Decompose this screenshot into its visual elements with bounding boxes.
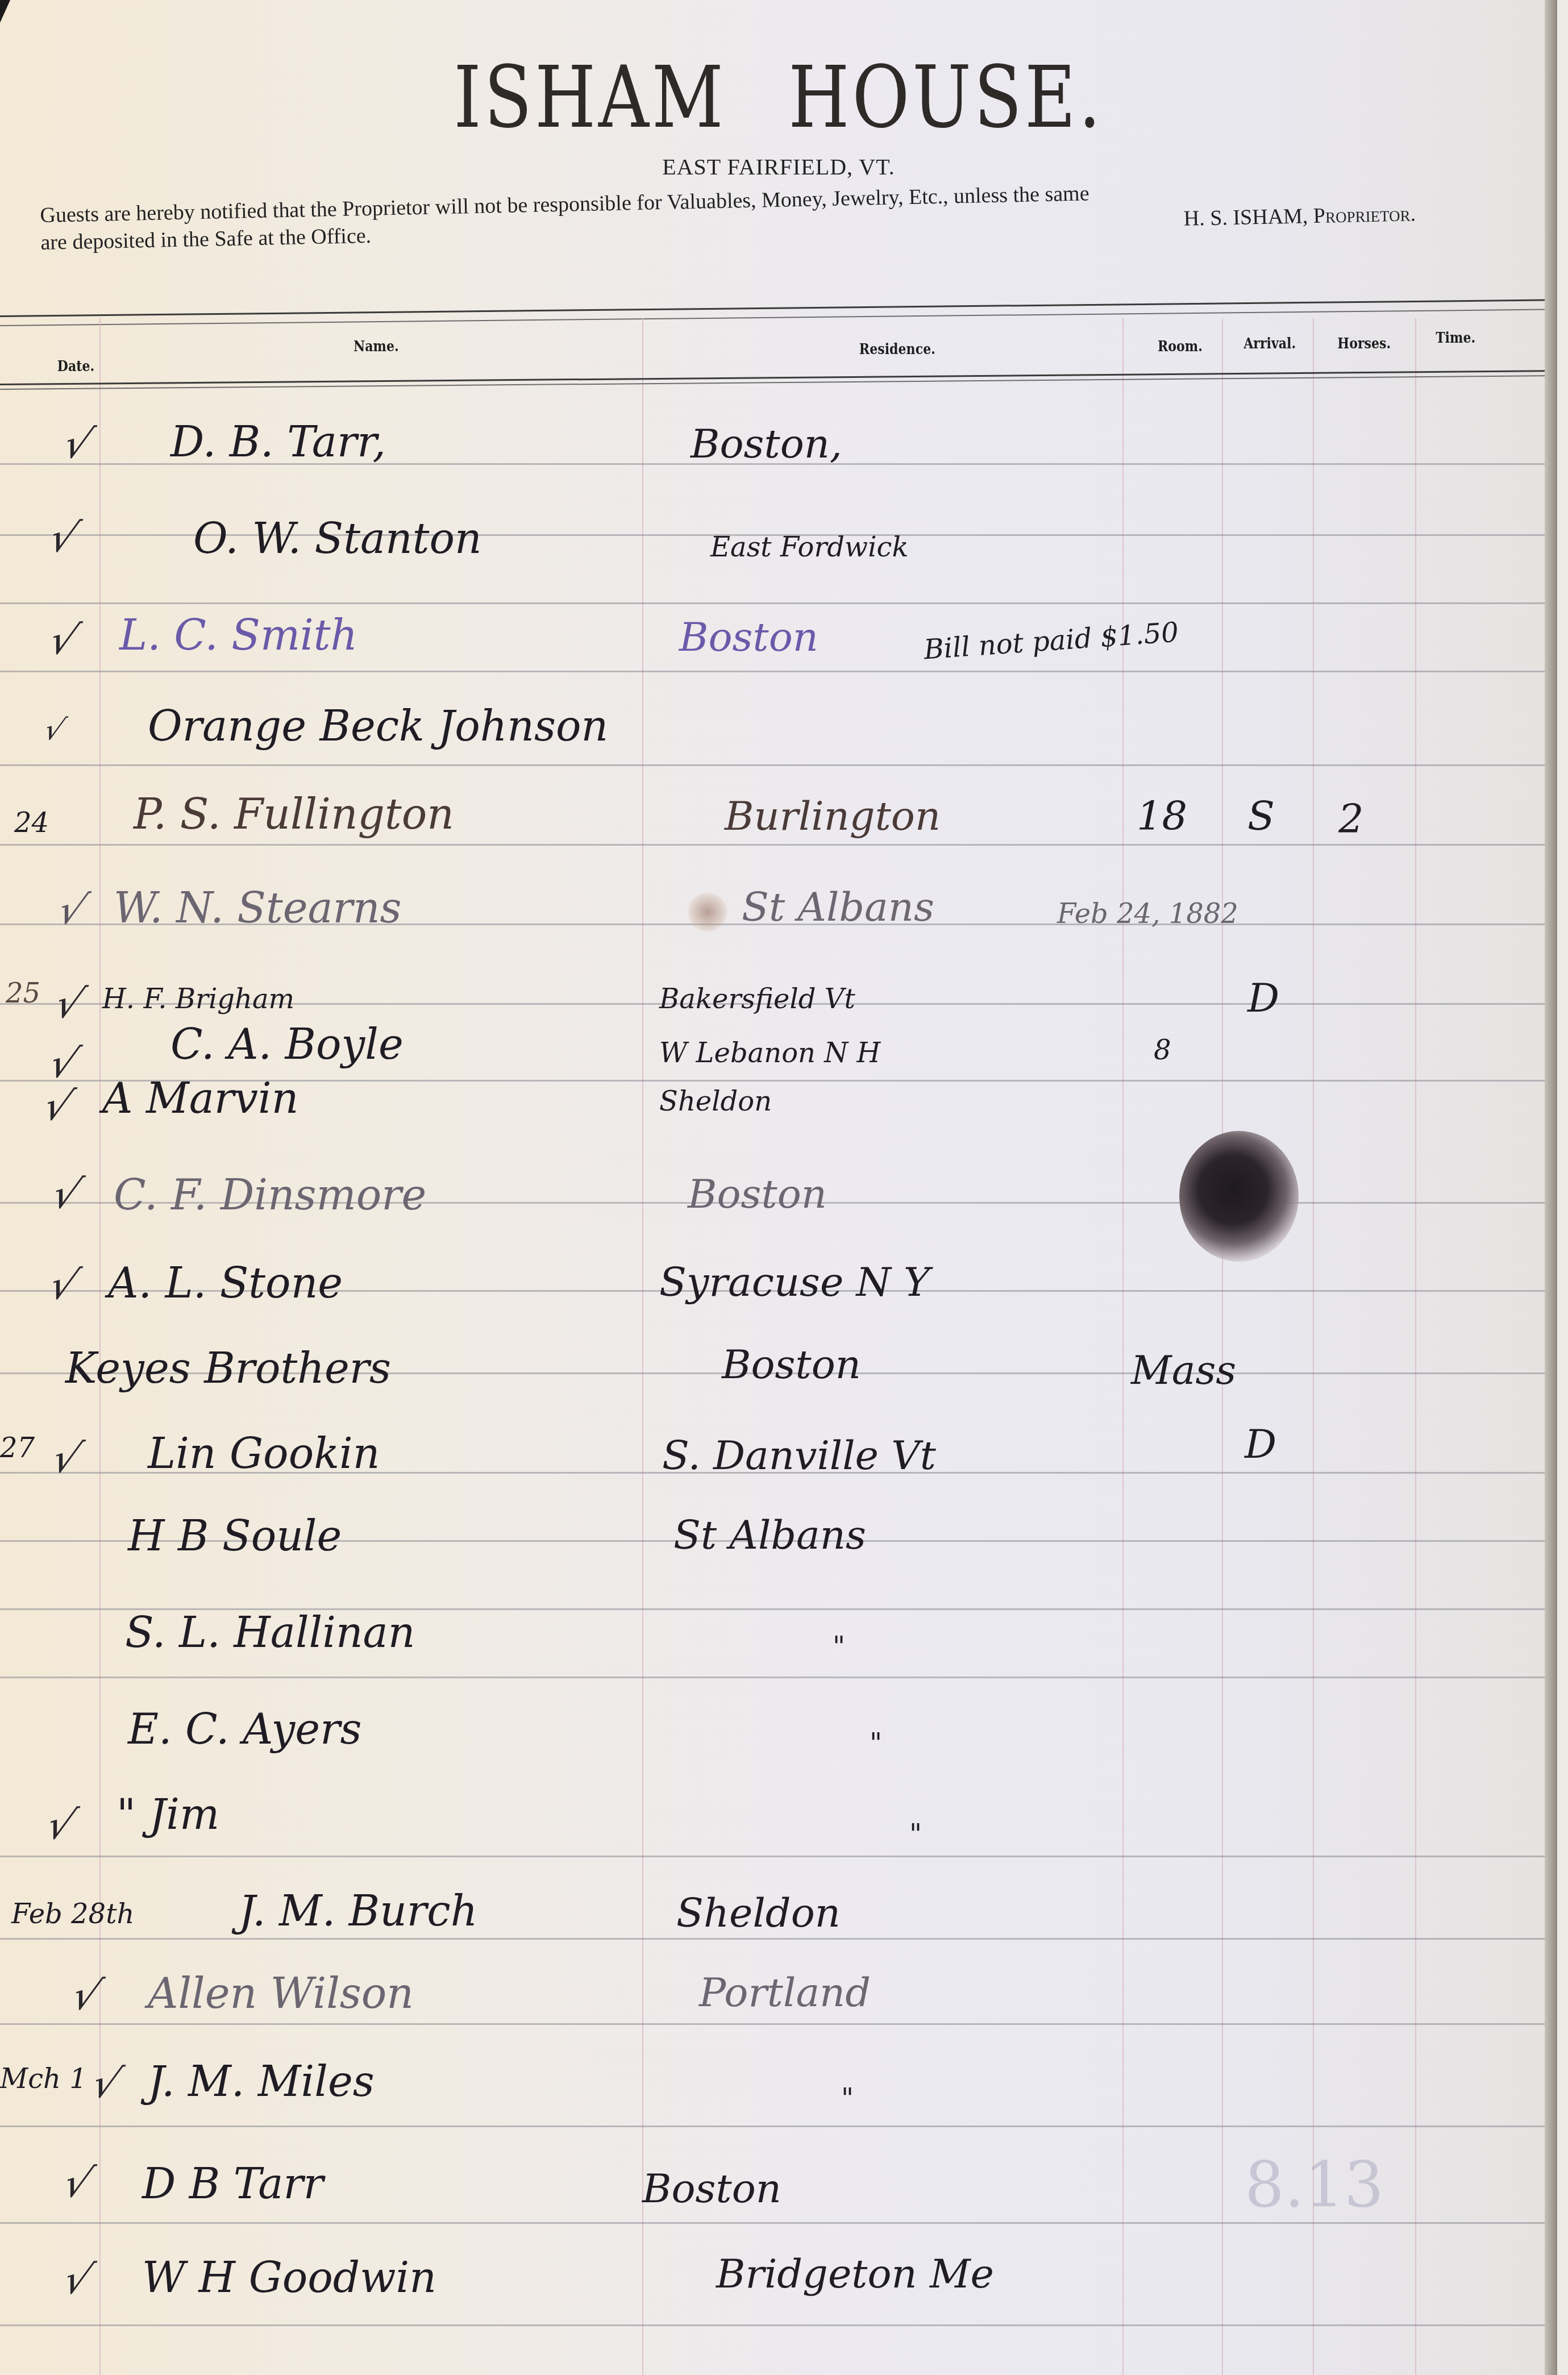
check-mark: √ [37, 1083, 79, 1129]
row-line [0, 1677, 1557, 1678]
guest-residence: Portland [699, 1969, 871, 2016]
column-header-date: Date. [57, 358, 94, 375]
entry-date: 25 [6, 978, 40, 1009]
row-line [0, 2126, 1557, 2127]
guest-name: H B Soule [128, 1512, 342, 1561]
check-mark: √ [39, 713, 69, 746]
proprietor-notice: Guests are hereby notified that the Prop… [40, 171, 1518, 256]
guest-residence: East Fordwick [710, 531, 909, 563]
guest-residence: St Albans [742, 884, 934, 930]
column-divider-name [642, 318, 643, 2375]
column-header-name: Name. [353, 338, 399, 355]
guest-name: A Marvin [102, 1074, 298, 1123]
check-mark: √ [43, 1262, 85, 1308]
check-mark: √ [65, 1972, 107, 2019]
guest-residence: " [870, 1728, 882, 1760]
check-mark: √ [43, 514, 85, 561]
column-header-arrival: Arrival. [1243, 335, 1296, 352]
row-line [0, 844, 1557, 846]
guest-name: C. F. Dinsmore [114, 1171, 426, 1220]
check-mark: √ [85, 2060, 127, 2107]
row-line [0, 1856, 1557, 1857]
check-mark: √ [45, 1171, 88, 1217]
entry-date: Mch 1 [0, 2063, 87, 2095]
guest-residence: Sheldon [676, 1890, 841, 1936]
bill-note: Bill not paid $1.50 [923, 616, 1180, 666]
guest-name: C. A. Boyle [170, 1020, 404, 1069]
header-rule-bottom [0, 370, 1557, 390]
row-line [0, 1938, 1557, 1940]
check-mark: √ [51, 887, 93, 933]
row-line [0, 764, 1557, 766]
horses-count: 2 [1338, 796, 1364, 842]
guest-name: P. S. Fullington [134, 790, 454, 839]
guest-residence: " [833, 1631, 845, 1663]
date-note: Feb 24, 1882 [1057, 898, 1238, 930]
check-mark: √ [57, 2160, 99, 2206]
check-mark: √ [45, 1435, 88, 1482]
page-corner-shadow [0, 0, 10, 23]
entry-date: Feb 28th [11, 1898, 134, 1930]
ledger-page: ISHAM HOUSE. EAST FAIRFIELD, VT. Guests … [0, 0, 1557, 2375]
room-number: 18 [1137, 793, 1187, 839]
column-header-horses: Horses. [1337, 335, 1391, 352]
guest-name: J. M. Burch [239, 1887, 477, 1936]
paper-stain [688, 892, 727, 932]
arrival-mark: D [1245, 1421, 1276, 1467]
guest-residence: Syracuse N Y [659, 1259, 930, 1305]
guest-residence: Bridgeton Me [716, 2251, 994, 2297]
guest-name: J. M. Miles [148, 2057, 375, 2106]
guest-name: A. L. Stone [108, 1259, 343, 1308]
proprietor-signature: H. S. ISHAM, Proprietor. [1183, 200, 1416, 232]
guest-name: " Jim [117, 1790, 219, 1839]
guest-name: Allen Wilson [148, 1969, 414, 2018]
column-header-row: Date. Name. Residence. Room. Arrival. Ho… [0, 335, 1557, 369]
guest-name: Orange Beck Johnson [148, 702, 608, 751]
guest-residence: Boston, [691, 421, 842, 467]
entry-date: 27 [0, 1432, 35, 1464]
header-rule-top [0, 299, 1557, 326]
column-header-time: Time. [1436, 330, 1475, 347]
guest-residence: W Lebanon N H [659, 1037, 880, 1069]
guest-name: W H Goodwin [142, 2253, 436, 2302]
guest-residence: Boston [679, 614, 818, 660]
entry-date: 24 [14, 807, 49, 839]
guest-name: O. W. Stanton [193, 514, 482, 563]
guest-residence: Sheldon [659, 1085, 772, 1117]
guest-name: D. B. Tarr, [170, 418, 386, 467]
guest-name: Lin Gookin [148, 1429, 380, 1478]
ink-blot [1179, 1131, 1299, 1262]
page-title: ISHAM HOUSE. [140, 48, 1417, 147]
room-number: 8 [1154, 1034, 1171, 1066]
guest-residence: Burlington [725, 793, 941, 839]
guest-name: W. N. Stearns [114, 884, 402, 933]
guest-residence: St Albans [673, 1512, 866, 1558]
arrival-mark: S [1247, 793, 1275, 839]
guest-residence: Boston [722, 1341, 861, 1388]
guest-name: D B Tarr [142, 2160, 323, 2208]
book-binding-edge [1545, 0, 1557, 2375]
row-line [0, 2324, 1557, 2326]
row-line [0, 671, 1557, 672]
guest-residence: Bakersfield Vt [659, 983, 855, 1015]
title-word-house: HOUSE. [788, 48, 1103, 147]
guest-residence: " [841, 2083, 854, 2115]
row-line [0, 2023, 1557, 2025]
state-note: Mass [1131, 1347, 1236, 1394]
guest-name: Keyes Brothers [65, 1344, 391, 1393]
guest-name: H. F. Brigham [102, 983, 294, 1015]
guest-residence: Boston [688, 1171, 827, 1217]
guest-residence: S. Danville Vt [662, 1432, 936, 1479]
column-divider-arrival [1313, 318, 1314, 2375]
column-header-residence: Residence. [859, 341, 935, 358]
guest-name: E. C. Ayers [128, 1705, 361, 1754]
faint-margin-mark: 8.13 [1245, 2148, 1384, 2221]
column-divider-horses [1415, 318, 1416, 2375]
row-line [0, 2222, 1557, 2224]
guest-name: S. L. Hallinan [125, 1608, 415, 1657]
check-mark: √ [57, 2256, 99, 2303]
arrival-mark: D [1247, 975, 1279, 1021]
column-header-room: Room. [1158, 338, 1203, 355]
title-word-isham: ISHAM [454, 48, 726, 147]
check-mark: √ [40, 1802, 82, 1848]
row-line [0, 602, 1557, 604]
guest-residence: " [909, 1819, 922, 1850]
check-mark: √ [43, 617, 85, 663]
guest-name: L. C. Smith [119, 611, 357, 660]
check-mark: √ [57, 421, 99, 467]
guest-residence: Boston [642, 2165, 781, 2212]
